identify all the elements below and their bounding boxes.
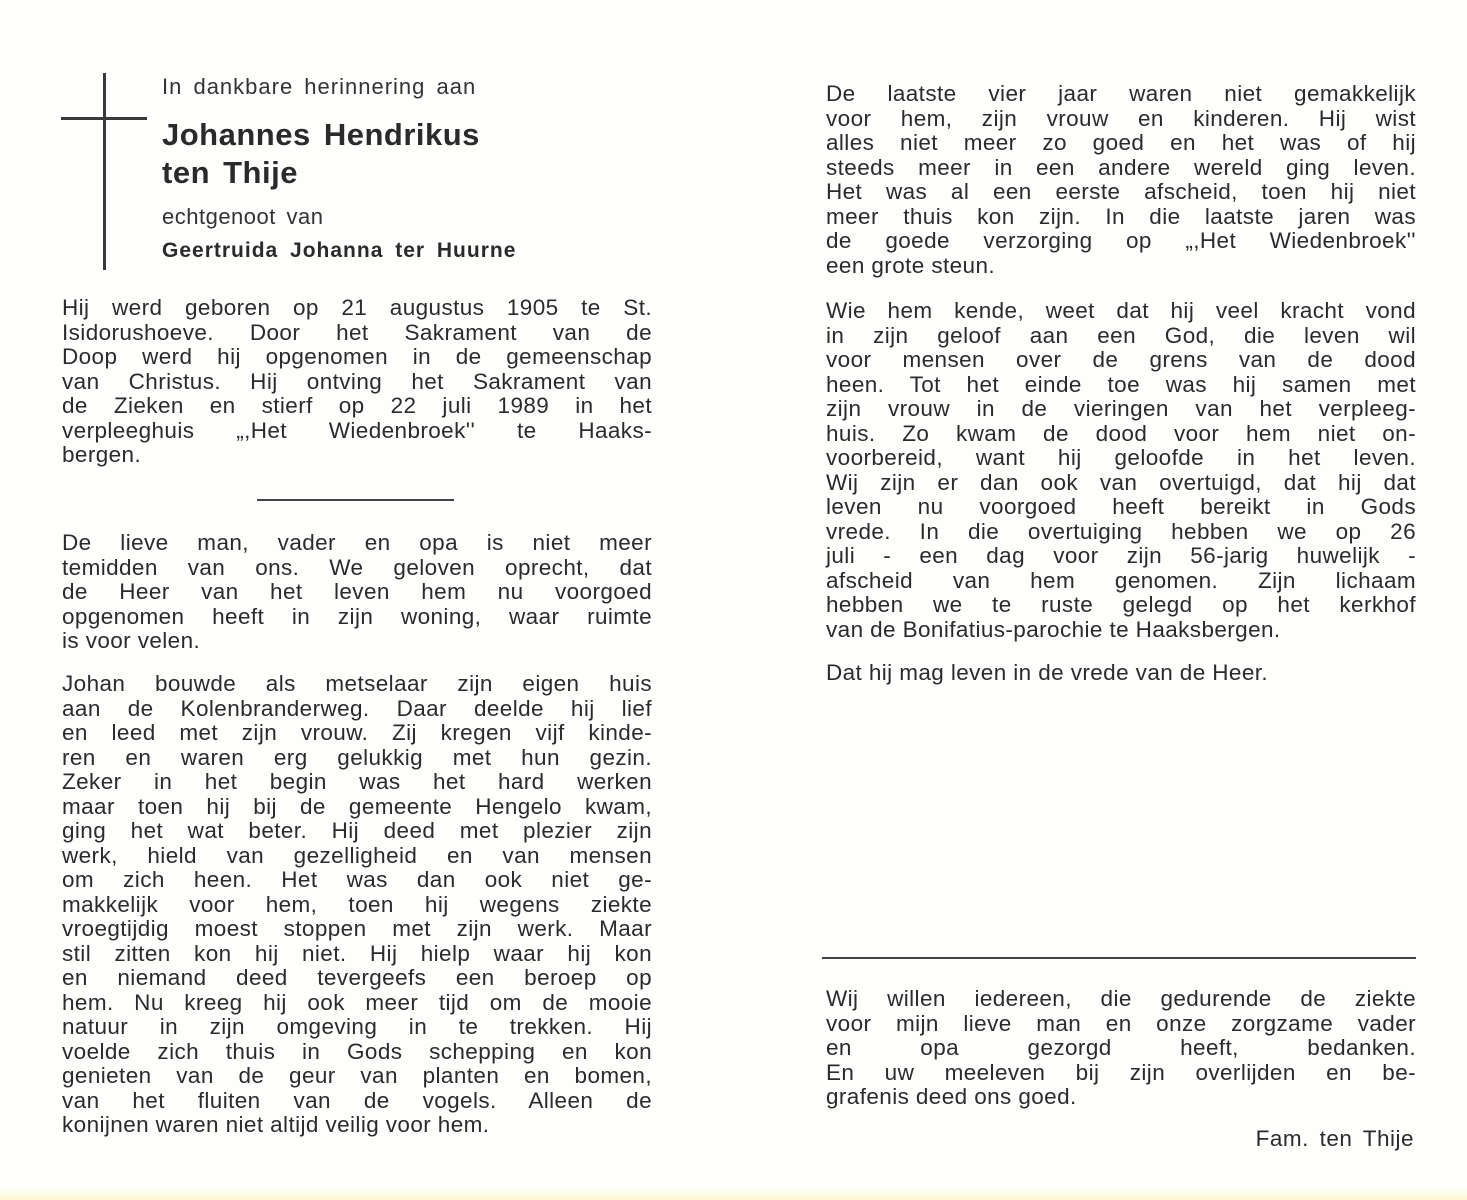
text-line: de Heer van het leven hem nu voorgoed [62, 580, 652, 605]
divider [822, 957, 1416, 959]
paragraph-farewell: De lieve man, vader en opa is niet meert… [62, 531, 652, 654]
text-line: is voor velen. [62, 629, 652, 654]
text-line: zijn vrouw in de vieringen van het verpl… [826, 397, 1416, 422]
paragraph-faith: Wie hem kende, weet dat hij veel kracht … [826, 299, 1416, 642]
text-line: voorbereid, want hij geloofde in het lev… [826, 446, 1416, 471]
text-line: de goede verzorging op „,Het Wiedenbroek… [826, 229, 1416, 254]
paragraph-last-years: De laatste vier jaar waren niet gemakkel… [826, 82, 1416, 278]
text-line: Isidorushoeve. Door het Sakrament van de [62, 321, 652, 346]
text-line: leven nu voorgoed heeft bereikt in Gods [826, 495, 1416, 520]
text-line: van Christus. Hij ontving het Sakrament … [62, 370, 652, 395]
divider [257, 499, 454, 501]
card-header: In dankbare herinnering aan Johannes Hen… [162, 72, 662, 266]
deceased-name-line1: Johannes Hendrikus [162, 116, 662, 154]
memorial-card: In dankbare herinnering aan Johannes Hen… [0, 0, 1467, 1200]
text-line: hebben we te ruste gelegd op het kerkhof [826, 593, 1416, 618]
text-line: ging het wat beter. Hij deed met plezier… [62, 819, 652, 844]
cross-icon-arm [61, 117, 147, 120]
paragraph-blessing: Dat hij mag leven in de vrede van de Hee… [826, 661, 1416, 686]
text-line: voor hem, zijn vrouw en kinderen. Hij wi… [826, 107, 1416, 132]
text-line: van het fluiten van de vogels. Alleen de [62, 1089, 652, 1114]
text-line: en niemand deed tevergeefs een beroep op [62, 966, 652, 991]
text-line: konijnen waren niet altijd veilig voor h… [62, 1113, 652, 1138]
text-line: werk, hield van gezelligheid en van mens… [62, 844, 652, 869]
text-line: afscheid van hem genomen. Zijn lichaam [826, 569, 1416, 594]
paragraph-thanks: Wij willen iedereen, die gedurende de zi… [826, 987, 1416, 1110]
text-line: juli - een dag voor zijn 56-jarig huweli… [826, 544, 1416, 569]
text-line: de Zieken en stierf op 22 juli 1989 in h… [62, 394, 652, 419]
text-line: meer thuis kon zijn. In die laatste jare… [826, 205, 1416, 230]
text-line: om zich heen. Het was dan ook niet ge- [62, 868, 652, 893]
deceased-name-line2: ten Thije [162, 154, 662, 192]
text-line: stil zitten kon hij niet. Hij hielp waar… [62, 942, 652, 967]
text-line: heen. Tot het einde toe was hij samen me… [826, 373, 1416, 398]
cross-icon [103, 73, 106, 270]
deceased-name: Johannes Hendrikus ten Thije [162, 116, 662, 192]
paragraph-birth-death: Hij werd geboren op 21 augustus 1905 te … [62, 296, 652, 468]
text-line: voelde zich thuis in Gods schepping en k… [62, 1040, 652, 1065]
text-line: hem. Nu kreeg hij ook meer tijd om de mo… [62, 991, 652, 1016]
text-line: alles niet meer zo goed en het was of hi… [826, 131, 1416, 156]
text-line: vroegtijdig moest stoppen met zijn werk.… [62, 917, 652, 942]
text-line: Wie hem kende, weet dat hij veel kracht … [826, 299, 1416, 324]
intro-text: In dankbare herinnering aan [162, 72, 662, 102]
text-line: makkelijk voor hem, toen hij wegens ziek… [62, 893, 652, 918]
text-line: en opa gezorgd heeft, bedanken. [826, 1036, 1416, 1061]
text-line: huis. Zo kwam de dood voor hem niet on- [826, 422, 1416, 447]
text-line: temidden van ons. We geloven oprecht, da… [62, 556, 652, 581]
text-line: Hij werd geboren op 21 augustus 1905 te … [62, 296, 652, 321]
text-line: van de Bonifatius-parochie te Haaksberge… [826, 618, 1416, 643]
text-line: grafenis deed ons goed. [826, 1085, 1416, 1110]
text-line: en leed met zijn vrouw. Zij kregen vijf … [62, 721, 652, 746]
text-line: Wij zijn er dan ook van overtuigd, dat h… [826, 471, 1416, 496]
text-line: maar toen hij bij de gemeente Hengelo kw… [62, 795, 652, 820]
text-line: een grote steun. [826, 254, 1416, 279]
text-line: En uw meeleven bij zijn overlijden en be… [826, 1061, 1416, 1086]
text-line: Doop werd hij opgenomen in de gemeenscha… [62, 345, 652, 370]
text-line: Zeker in het begin was het hard werken [62, 770, 652, 795]
text-line: bergen. [62, 443, 652, 468]
text-line: in zijn geloof aan een God, die leven wi… [826, 324, 1416, 349]
text-line: Het was al een eerste afscheid, toen hij… [826, 180, 1416, 205]
text-line: De lieve man, vader en opa is niet meer [62, 531, 652, 556]
spouse-name: Geertruida Johanna ter Huurne [162, 236, 662, 266]
text-line: De laatste vier jaar waren niet gemakkel… [826, 82, 1416, 107]
text-line: steeds meer in een andere wereld ging le… [826, 156, 1416, 181]
spouse-label: echtgenoot van [162, 202, 662, 232]
text-line: ren en waren erg gelukkig met hun gezin. [62, 746, 652, 771]
text-line: natuur in zijn omgeving in te trekken. H… [62, 1015, 652, 1040]
text-line: Johan bouwde als metselaar zijn eigen hu… [62, 672, 652, 697]
text-line: verpleeghuis „,Het Wiedenbroek'' te Haak… [62, 419, 652, 444]
text-line: genieten van de geur van planten en bome… [62, 1064, 652, 1089]
scan-edge [0, 1186, 1467, 1200]
signature: Fam. ten Thije [1100, 1126, 1414, 1152]
text-line: voor mensen over de grens van de dood [826, 348, 1416, 373]
text-line: Wij willen iedereen, die gedurende de zi… [826, 987, 1416, 1012]
text-line: aan de Kolenbranderweg. Daar deelde hij … [62, 697, 652, 722]
text-line: vrede. In die overtuiging hebben we op 2… [826, 520, 1416, 545]
text-line: voor mijn lieve man en onze zorgzame vad… [826, 1012, 1416, 1037]
paragraph-life-story: Johan bouwde als metselaar zijn eigen hu… [62, 672, 652, 1138]
text-line: opgenomen heeft in zijn woning, waar rui… [62, 605, 652, 630]
text-line: Dat hij mag leven in de vrede van de Hee… [826, 661, 1416, 686]
